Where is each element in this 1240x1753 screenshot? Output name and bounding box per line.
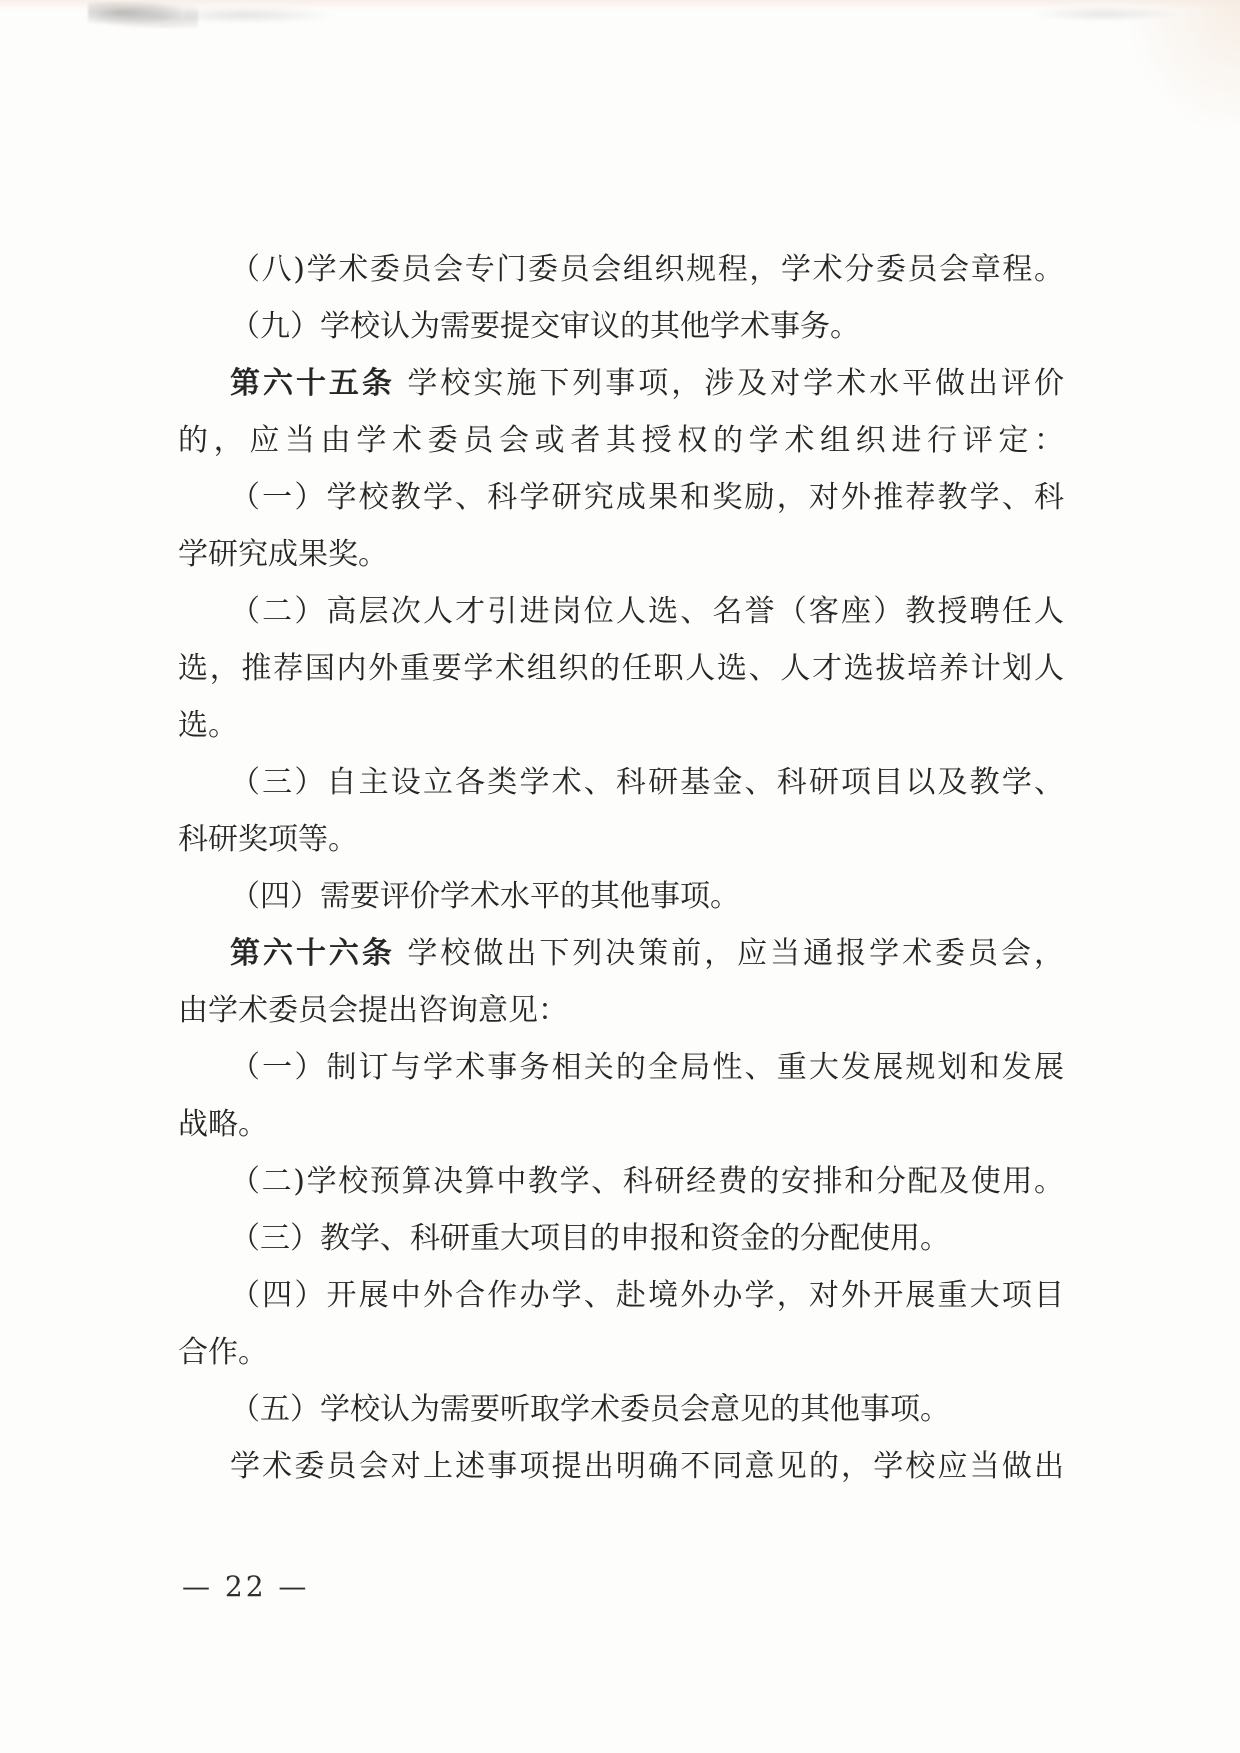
line-text: 合作。 (178, 1335, 268, 1370)
line-text: 战略。 (178, 1107, 268, 1142)
line-text: 学校做出下列决策前，应当通报学术委员会， (395, 936, 1064, 971)
line-text: 的，应当由学术委员会或者其授权的学术组织进行评定： (178, 423, 1064, 458)
text-line: 科研奖项等。 (178, 811, 1064, 868)
line-text: 选。 (178, 708, 238, 743)
line-text: （二）高层次人才引进岗位人选、名誉（客座）教授聘任人 (230, 594, 1064, 629)
text-line: （三）自主设立各类学术、科研基金、科研项目以及教学、 (178, 754, 1064, 811)
text-line: （九）学校认为需要提交审议的其他学术事务。 (178, 298, 1064, 355)
text-line: 第六十六条 学校做出下列决策前，应当通报学术委员会， (178, 925, 1064, 982)
page-number: — 22 — (182, 1570, 309, 1603)
text-line: （二）高层次人才引进岗位人选、名誉（客座）教授聘任人 (178, 583, 1064, 640)
line-text: （四）需要评价学术水平的其他事项。 (230, 879, 740, 914)
article-number: 第六十五条 (230, 366, 395, 401)
text-line: 选，推荐国内外重要学术组织的任职人选、人才选拔培养计划人 (178, 640, 1064, 697)
line-text: （九）学校认为需要提交审议的其他学术事务。 (230, 309, 860, 344)
line-text: （一）制订与学术事务相关的全局性、重大发展规划和发展 (230, 1050, 1064, 1085)
article-number: 第六十六条 (230, 936, 395, 971)
line-text: （四）开展中外合作办学、赴境外办学，对外开展重大项目 (230, 1278, 1064, 1313)
document-page: （八)学术委员会专门委员会组织规程，学术分委员会章程。（九）学校认为需要提交审议… (0, 0, 1240, 1753)
text-line: 合作。 (178, 1324, 1064, 1381)
text-line: （三）教学、科研重大项目的申报和资金的分配使用。 (178, 1210, 1064, 1267)
line-text: 学校实施下列事项，涉及对学术水平做出评价 (395, 366, 1064, 401)
text-line: （一）制订与学术事务相关的全局性、重大发展规划和发展 (178, 1039, 1064, 1096)
line-text: （八)学术委员会专门委员会组织规程，学术分委员会章程。 (230, 252, 1064, 287)
scan-smudge (88, 2, 198, 28)
line-text: 由学术委员会提出咨询意见： (178, 993, 568, 1028)
line-text: 选，推荐国内外重要学术组织的任职人选、人才选拔培养计划人 (178, 651, 1064, 686)
scan-edge-tint (0, 0, 1240, 10)
scan-smudge (1030, 6, 1180, 22)
text-line: 的，应当由学术委员会或者其授权的学术组织进行评定： (178, 412, 1064, 469)
text-line: （八)学术委员会专门委员会组织规程，学术分委员会章程。 (178, 241, 1064, 298)
text-line: 学研究成果奖。 (178, 526, 1064, 583)
scan-smudge (185, 6, 335, 24)
document-body: （八)学术委员会专门委员会组织规程，学术分委员会章程。（九）学校认为需要提交审议… (178, 241, 1064, 1495)
scan-corner-tint (1130, 0, 1240, 130)
text-line: （五）学校认为需要听取学术委员会意见的其他事项。 (178, 1381, 1064, 1438)
line-text: （二)学校预算决算中教学、科研经费的安排和分配及使用。 (230, 1164, 1064, 1199)
text-line: 第六十五条 学校实施下列事项，涉及对学术水平做出评价 (178, 355, 1064, 412)
line-text: （三）教学、科研重大项目的申报和资金的分配使用。 (230, 1221, 950, 1256)
line-text: 学研究成果奖。 (178, 537, 388, 572)
text-line: 学术委员会对上述事项提出明确不同意见的，学校应当做出 (178, 1438, 1064, 1495)
text-line: （二)学校预算决算中教学、科研经费的安排和分配及使用。 (178, 1153, 1064, 1210)
line-text: （一）学校教学、科学研究成果和奖励，对外推荐教学、科 (230, 480, 1064, 515)
line-text: 学术委员会对上述事项提出明确不同意见的，学校应当做出 (230, 1449, 1064, 1484)
text-line: 由学术委员会提出咨询意见： (178, 982, 1064, 1039)
line-text: （五）学校认为需要听取学术委员会意见的其他事项。 (230, 1392, 950, 1427)
line-text: （三）自主设立各类学术、科研基金、科研项目以及教学、 (230, 765, 1064, 800)
line-text: 科研奖项等。 (178, 822, 358, 857)
text-line: 选。 (178, 697, 1064, 754)
text-line: （四）需要评价学术水平的其他事项。 (178, 868, 1064, 925)
text-line: （一）学校教学、科学研究成果和奖励，对外推荐教学、科 (178, 469, 1064, 526)
text-line: 战略。 (178, 1096, 1064, 1153)
text-line: （四）开展中外合作办学、赴境外办学，对外开展重大项目 (178, 1267, 1064, 1324)
